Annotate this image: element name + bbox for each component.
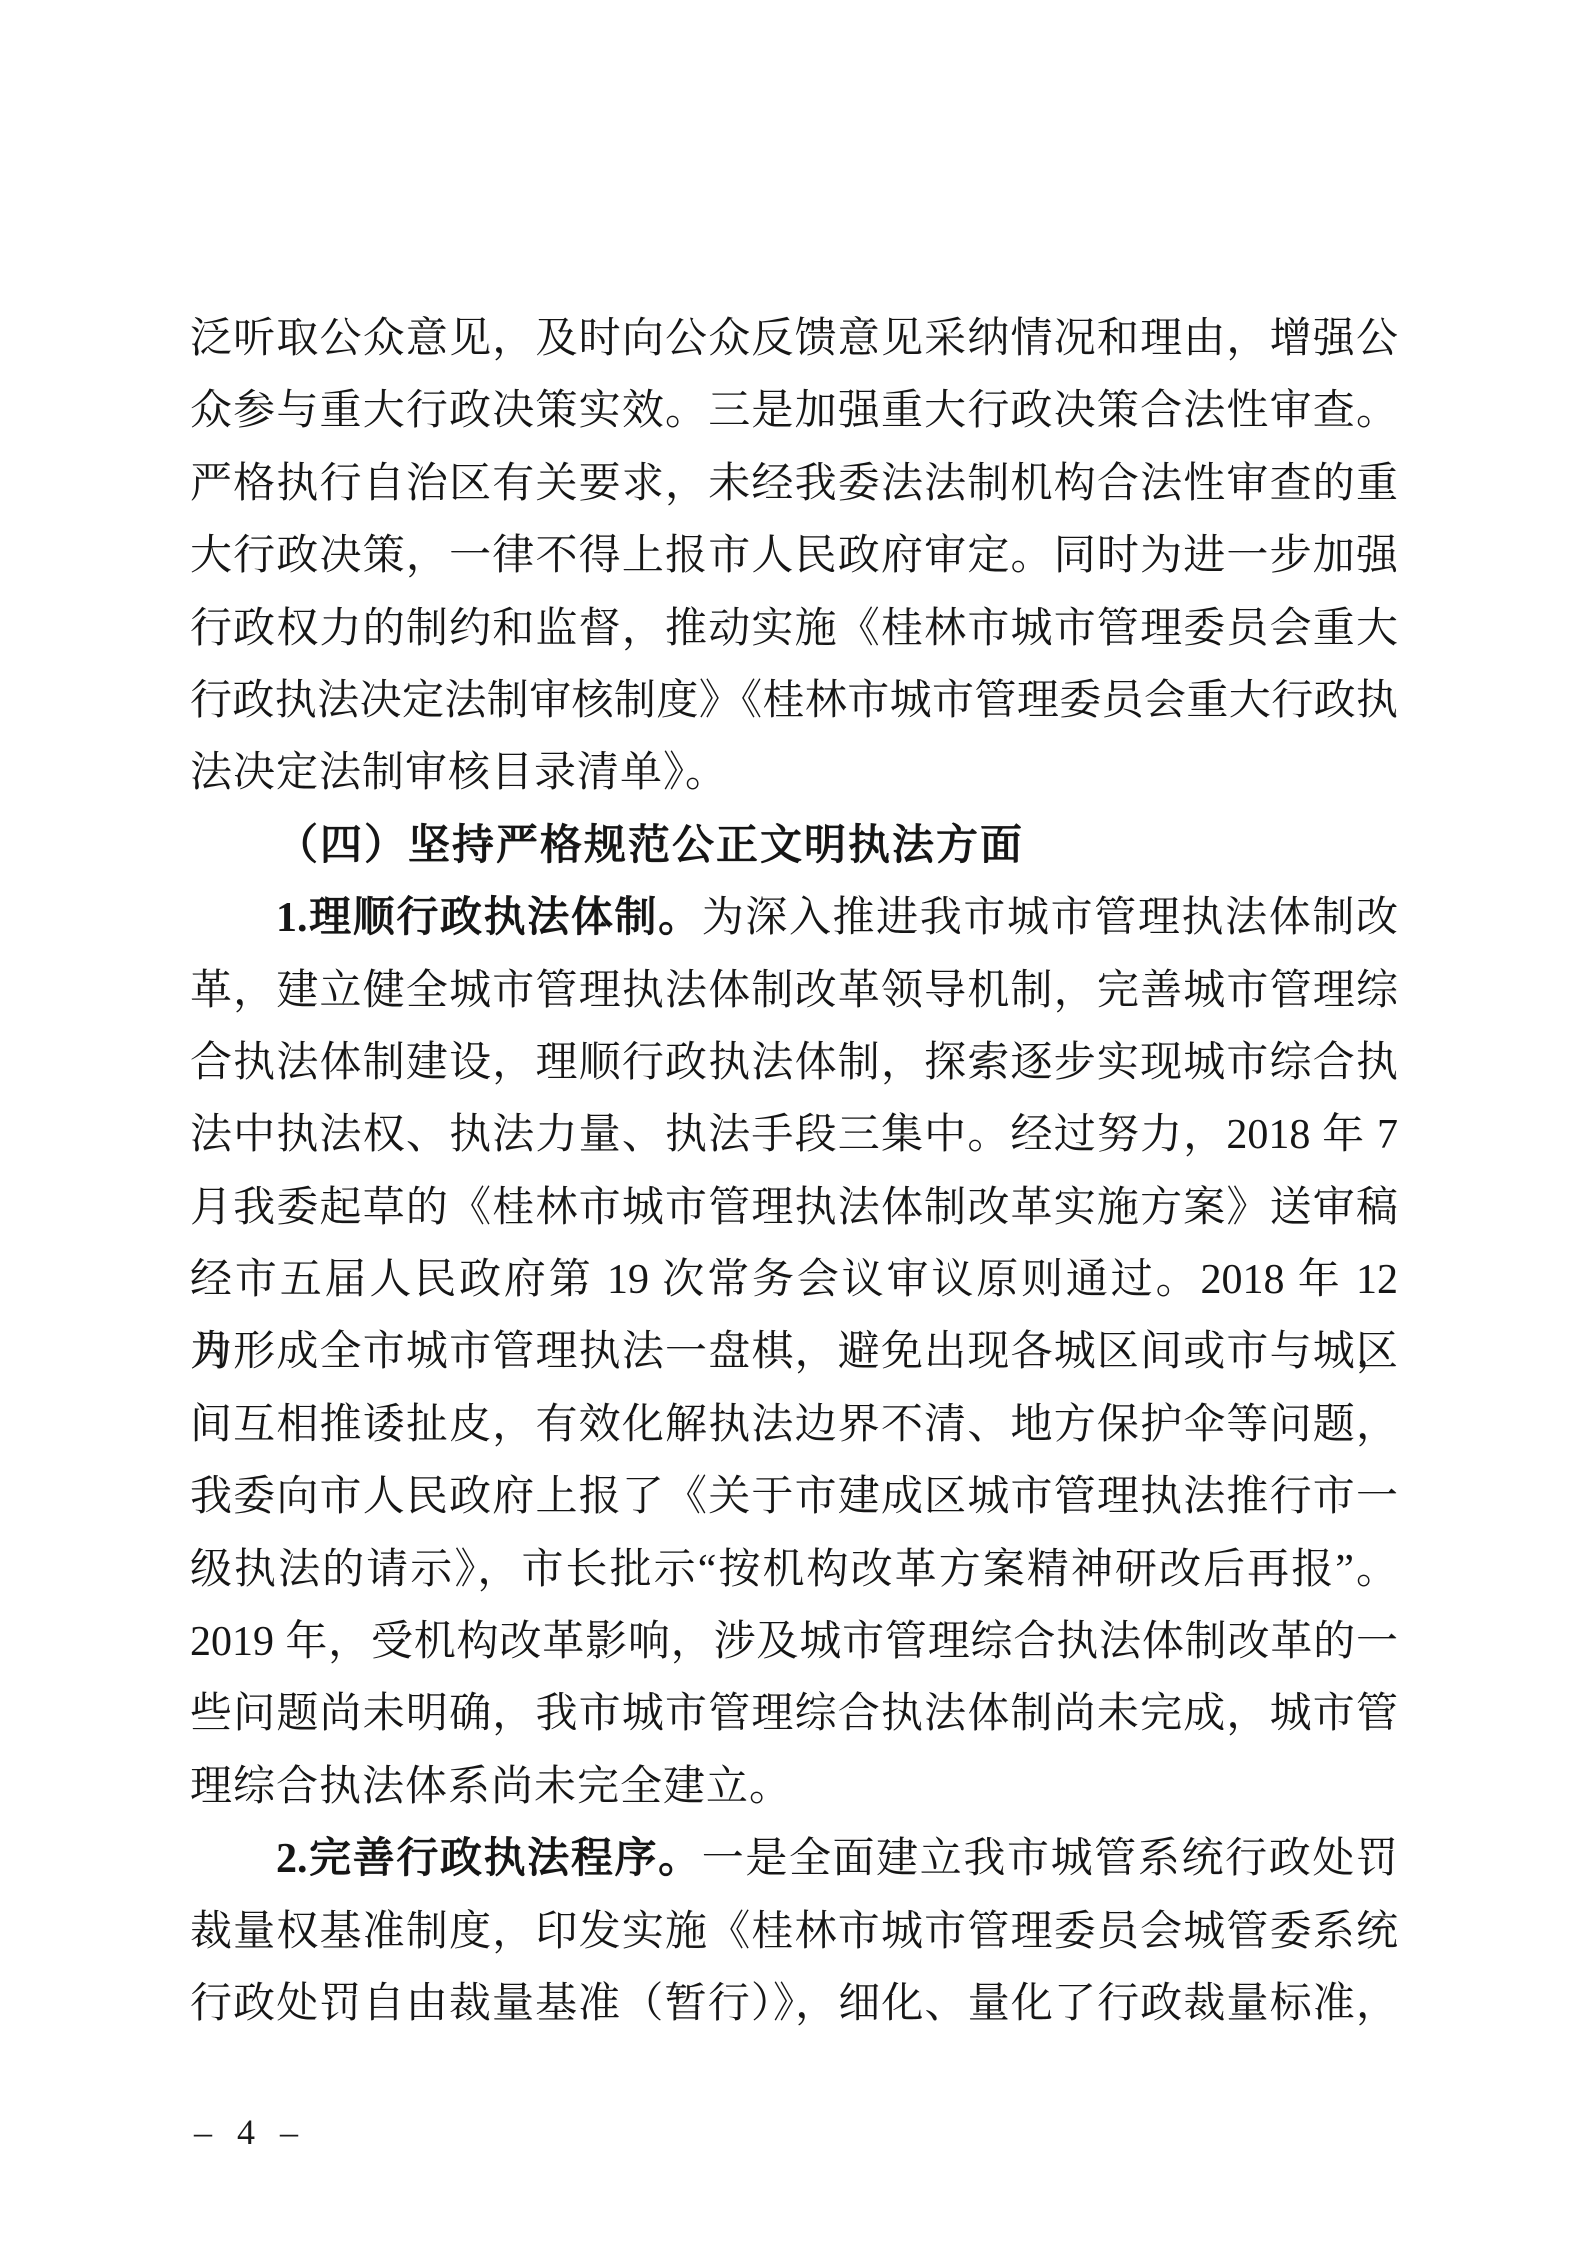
body-line: 革，建立健全城市管理执法体制改革领导机制，完善城市管理综 xyxy=(190,955,1398,1027)
paragraph-lead-text: 为深入推进我市城市管理执法体制改 xyxy=(702,895,1398,941)
body-line: 严格执行自治区有关要求，未经我委法法制机构合法性审查的重 xyxy=(190,448,1398,520)
body-line: 合执法体制建设，理顺行政执法体制，探索逐步实现城市综合执 xyxy=(190,1027,1398,1099)
paragraph-lead-text: 一是全面建立我市城管系统行政处罚 xyxy=(702,1836,1398,1882)
body-line: 大行政决策，一律不得上报市人民政府审定。同时为进一步加强 xyxy=(190,520,1398,592)
paragraph-number-lead: 1.理顺行政执法体制。 xyxy=(276,895,702,941)
body-line: 行政执法决定法制审核制度》《桂林市城市管理委员会重大行政执 xyxy=(190,665,1398,737)
body-line: 我委向市人民政府上报了《关于市建成区城市管理执法推行市一 xyxy=(190,1461,1398,1533)
body-line: 经市五届人民政府第 19 次常务会议审议原则通过。2018 年 12 月， xyxy=(190,1244,1398,1316)
body-line: 为形成全市城市管理执法一盘棋，避免出现各城区间或市与城区 xyxy=(190,1316,1398,1388)
paragraph-lead-line: 2.完善行政执法程序。一是全面建立我市城管系统行政处罚 xyxy=(190,1823,1398,1895)
body-line: 间互相推诿扯皮，有效化解执法边界不清、地方保护伞等问题， xyxy=(190,1389,1398,1461)
body-line: 行政权力的制约和监督，推动实施《桂林市城市管理委员会重大 xyxy=(190,593,1398,665)
paragraph-number-lead: 2.完善行政执法程序。 xyxy=(276,1836,702,1882)
page-number: – 4 – xyxy=(194,2102,306,2162)
body-line: 理综合执法体系尚未完全建立。 xyxy=(190,1751,1398,1823)
body-line: 泛听取公众意见，及时向公众反馈意见采纳情况和理由，增强公 xyxy=(190,303,1398,375)
section-heading: （四）坚持严格规范公正文明执法方面 xyxy=(190,810,1398,882)
document-body: 泛听取公众意见，及时向公众反馈意见采纳情况和理由，增强公 众参与重大行政决策实效… xyxy=(190,303,1398,2040)
paragraph-lead-line: 1.理顺行政执法体制。为深入推进我市城市管理执法体制改 xyxy=(190,882,1398,954)
body-line: 众参与重大行政决策实效。三是加强重大行政决策合法性审查。 xyxy=(190,375,1398,447)
body-line: 行政处罚自由裁量基准（暂行）》，细化、量化了行政裁量标准， xyxy=(190,1968,1398,2040)
body-line: 级执法的请示》，市长批示“按机构改革方案精神研改后再报”。 xyxy=(190,1534,1398,1606)
body-line: 2019 年，受机构改革影响，涉及城市管理综合执法体制改革的一 xyxy=(190,1606,1398,1678)
body-line: 法决定法制审核目录清单》。 xyxy=(190,737,1398,809)
body-line: 月我委起草的《桂林市城市管理执法体制改革实施方案》送审稿 xyxy=(190,1172,1398,1244)
page: 泛听取公众意见，及时向公众反馈意见采纳情况和理由，增强公 众参与重大行政决策实效… xyxy=(0,0,1587,2246)
body-line: 些问题尚未明确，我市城市管理综合执法体制尚未完成，城市管 xyxy=(190,1678,1398,1750)
body-line: 法中执法权、执法力量、执法手段三集中。经过努力，2018 年 7 xyxy=(190,1099,1398,1171)
body-line: 裁量权基准制度，印发实施《桂林市城市管理委员会城管委系统 xyxy=(190,1896,1398,1968)
